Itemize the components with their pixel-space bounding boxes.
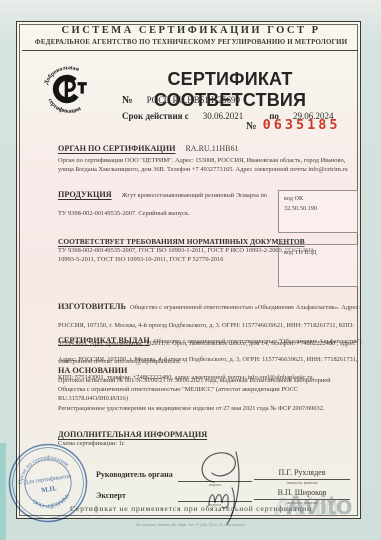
code-ok-value: 32.50.50.190 (284, 204, 352, 214)
system-title: СИСТЕМА СЕРТИФИКАЦИИ ГОСТ Р (20, 25, 362, 36)
expert-role-label: Эксперт (96, 491, 126, 500)
code-ok-box: код ОК 32.50.50.190 (278, 190, 358, 233)
blank-number: 0635185 (263, 117, 341, 133)
rst-monogram (51, 73, 86, 104)
certificate-scan: СИСТЕМА СЕРТИФИКАЦИИ ГОСТ Р ФЕДЕРАЛЬНОЕ … (0, 0, 381, 540)
product-label: ПРОДУКЦИЯ (58, 190, 112, 199)
certification-body-text: Орган по сертификации ООО "ЦЕТРИМ". Адре… (58, 156, 360, 174)
certificate-number: РОСС RU.НВ61.Н25699 (147, 95, 241, 105)
head-name-sub: инициалы, фамилия (254, 481, 350, 485)
head-role-label: Руководитель органа (96, 470, 173, 479)
section-additional-info: ДОПОЛНИТЕЛЬНАЯ ИНФОРМАЦИЯ Схема сертифик… (58, 430, 358, 448)
agency-title: ФЕДЕРАЛЬНОЕ АГЕНТСТВО ПО ТЕХНИЧЕСКОМУ РЕ… (20, 39, 362, 46)
certification-body-label: ОРГАН ПО СЕРТИФИКАЦИИ (58, 144, 175, 153)
stamp-center-line2: М.П. (41, 484, 58, 494)
additional-info-label: ДОПОЛНИТЕЛЬНАЯ ИНФОРМАЦИЯ (58, 430, 358, 439)
section-product: ПРОДУКЦИЯ Жгут кровоостанавливающий рези… (58, 184, 274, 220)
basis-text-line1: Протокол испытаний № 001/N-30/06/21 от 3… (58, 376, 356, 403)
manufacturer-label: ИЗГОТОВИТЕЛЬ (58, 302, 126, 311)
issued-label: СЕРТИФИКАТ ВЫДАН (58, 336, 150, 345)
code-ok-label: код ОК (284, 194, 352, 204)
certification-body-code: RA.RU.11НВ61 (185, 144, 238, 153)
certificate-number-row: №РОСС RU.НВ61.Н25699 (122, 95, 240, 106)
section-certification-body: ОРГАН ПО СЕРТИФИКАЦИИRA.RU.11НВ61 Орган … (58, 138, 360, 174)
stamp-center-line1: Для сертификатов (23, 473, 71, 487)
header-divider (22, 50, 358, 51)
rst-logo-icon: Добровольная сертификация (36, 60, 102, 118)
valid-from-date: 30.06.2021 (203, 111, 244, 121)
code-tnved-label: код ТН ВЭД (284, 248, 352, 258)
avito-watermark: Avito (286, 490, 353, 521)
basis-text-line2: Регистрационное удостоверение на медицин… (58, 404, 356, 413)
printer-imprint: АО «Опцион», Москва, «В». Заказ. Тел. +7… (0, 523, 381, 527)
code-tnved-box: код ТН ВЭД (278, 244, 358, 287)
validity-label: Срок действия с (122, 111, 189, 121)
section-basis: НА ОСНОВАНИИ Протокол испытаний № 001/N-… (58, 366, 356, 413)
head-name-line (254, 479, 350, 480)
blank-number-sign: № (246, 121, 257, 132)
basis-label: НА ОСНОВАНИИ (58, 366, 356, 375)
blank-number-row: №0635185 (246, 116, 340, 134)
round-stamp: Орган по сертификации ООО «ЦЕТРИМ» Для с… (1, 436, 96, 531)
head-name: П.Г. Рухлядев (254, 468, 350, 477)
number-sign: № (122, 95, 133, 106)
section-label-row: ОРГАН ПО СЕРТИФИКАЦИИRA.RU.11НВ61 (58, 138, 360, 156)
additional-info-text: Схема сертификации: 1с (58, 439, 358, 448)
